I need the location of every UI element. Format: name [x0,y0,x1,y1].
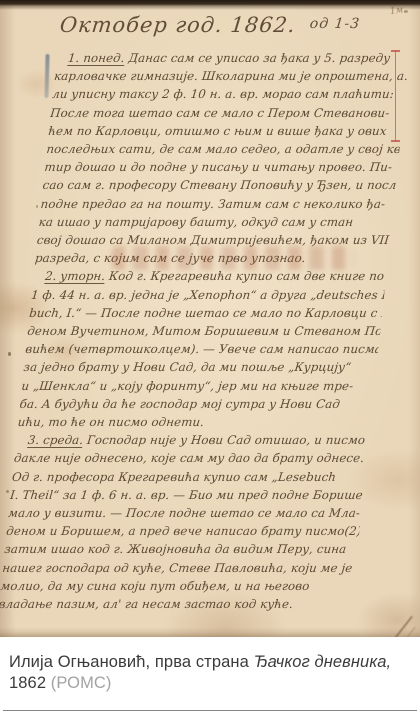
manuscript-line-text: После тога шетао сам се мало с Пером Сте… [50,106,391,120]
manuscript-line-text: владање пазим, ал' га несам застао код к… [0,597,294,611]
red-margin-mark [393,50,398,142]
manuscript-line-text: Господар није у Нови Сад отишао, и писмо [82,433,365,447]
manuscript-line-text: Од г. професора Крегаревића купио сам „L… [11,470,337,484]
paper-stain-speck [404,10,408,13]
manuscript-line: карловачке гимназије. Школарина ми је оп… [53,67,408,85]
manuscript-line-text: Данас сам се уписао за ђака у 5. разреду [124,51,391,65]
manuscript-line: 1 ф. 44 н. а. вр. једна је „Xenophon“ а … [30,286,385,304]
ink-bleed-stain [112,246,354,270]
manuscript-text: 1. понед. Данас сам се уписао за ђака у … [0,49,410,613]
manuscript-line: ићи, то ће он писмо однети. [17,413,372,431]
manuscript-line: buch, I.“ — После подне шетао се мало по… [28,304,383,322]
manuscript-line-text: последњих сати, де сам мало седео, а ода… [46,142,401,156]
ink-speck [6,490,9,493]
manuscript-line-text: мало у визити. — После подне шетао се ма… [7,506,360,520]
manuscript-line: ли уписну таксу 2 ф. 10 н. а. вр. морао … [51,85,406,103]
manuscript-line: нашег господара од куће, Стеве Павловића… [2,559,357,577]
manuscript-line: вићем (четвртошколцем). — Увече сам напи… [24,340,379,358]
manuscript-line: деном Вучетином, Митом Боришевим и Стева… [26,322,381,340]
manuscript-line-text: ба. А будући да ће господар мој сутра у … [19,397,341,411]
manuscript-line-text: нашег господара од куће, Стеве Павловића… [2,561,353,575]
manuscript-line-text: ћем по Карловци, отишмо с њим и више ђак… [48,124,388,138]
manuscript-line-text: вићем (четвртошколцем). — Увече сам напи… [25,342,380,356]
manuscript-line-text: I. Theil“ за 1 ф. 6 н. а. вр. — Био ми п… [9,488,364,502]
manuscript-title-pages: од 1-3 [309,16,361,32]
manuscript-line: и „Шенкла“ и „коју форинту“, јер ми на к… [21,377,376,395]
caption-source: (РОМС) [51,674,112,692]
ink-speck [8,352,11,356]
caption: Илија Огњановић, прва страна Ђачког днев… [0,652,420,694]
manuscript-line: ка ишао у патријарову башту, одкуд сам у… [38,213,393,231]
manuscript-line-text: за једно брату у Нови Сад, да ми пошље „… [23,360,352,374]
manuscript-line: ба. А будући да ће господар мој сутра у … [19,395,374,413]
ink-speck [36,205,38,208]
manuscript-line: молио, да му сина који пут обиђем, и на … [0,577,355,595]
manuscript-line-text: и „Шенкла“ и „коју форинту“, јер ми на к… [21,379,354,393]
manuscript-line: сао сам г. професору Стевану Поповићу у … [42,176,397,194]
manuscript-line-text: ићи, то ће он писмо однети. [17,415,205,429]
manuscript-line-text: ли уписну таксу 2 ф. 10 н. а. вр. морао … [51,87,394,101]
manuscript-line: владање пазим, ал' га несам застао код к… [0,595,353,613]
manuscript-title-text: Октобер год. 1862. [59,13,297,37]
manuscript-line-text: деном Вучетином, Митом Боришевим и Стева… [27,324,382,338]
manuscript-line-text: подне предао га на пошту. Затим сам с не… [40,197,386,211]
manuscript-line: 2. уторн. Код г. Крегаревића купио сам д… [32,267,387,285]
manuscript-line-text: деном и Боришем, а пред вече написао бра… [6,524,361,538]
manuscript-line: 1. понед. Данас сам се уписао за ђака у … [55,49,410,67]
caption-work-title: Ђачког дневника, [254,653,392,671]
manuscript-line: тир дошао и до подне у писању и читању п… [44,158,399,176]
blue-pencil-mark [44,54,49,98]
caption-author-title: Илија Огњановић, прва страна [9,653,254,671]
manuscript-line-text: buch, I.“ — После подне шетао се мало по… [29,306,384,320]
entry-date-label: 2. уторн. [44,269,106,284]
manuscript-line: за једно брату у Нови Сад, да ми пошље „… [23,358,378,376]
caption-year: 1862 [9,674,51,692]
manuscript-photo: Октобер год. 1862.од 1-3 1. понед. Данас… [0,0,420,637]
manuscript-line: После тога шетао сам се мало с Пером Сте… [49,104,404,122]
manuscript-line-text: ка ишао у патријарову башту, одкуд сам у… [38,215,354,229]
manuscript-line-text: Код г. Крегаревића купио сам две книге п… [104,269,384,283]
manuscript-line-text: карловачке гимназије. Школарина ми је оп… [53,69,408,83]
manuscript-line-text: затим ишао код г. Живојновића да видим П… [4,542,347,556]
manuscript-title: Октобер год. 1862.од 1-3 [0,13,420,37]
manuscript-line: Од г. професора Крегаревића купио сам „L… [11,468,366,486]
manuscript-line: дакле није однесено, које сам му дао да … [13,449,368,467]
manuscript-line-text: тир дошао и до подне у писању и читању п… [44,160,393,174]
manuscript-line: затим ишао код г. Живојновића да видим П… [3,540,358,558]
manuscript-line: подне предао га на пошту. Затим сам с не… [40,195,395,213]
divider-rule [3,710,417,711]
corner-pen-stroke [393,616,413,637]
manuscript-line-text: сао сам г. професору Стевану Поповићу у … [42,178,397,192]
manuscript-line-text: 1 ф. 44 н. а. вр. једна је „Xenophon“ а … [30,288,385,302]
manuscript-line-text: свој дошао са Миланом Димитријевићем, ђа… [36,233,391,247]
manuscript-line: деном и Боришем, а пред вече написао бра… [5,522,360,540]
entry-date-label: 3. среда. [27,433,84,448]
manuscript-line-text: молио, да му сина који пут обиђем, и на … [0,579,310,593]
manuscript-line: 3. среда. Господар није у Нови Сад отиша… [15,431,370,449]
manuscript-line: I. Theil“ за 1 ф. 6 н. а. вр. — Био ми п… [9,486,364,504]
manuscript-line: последњих сати, де сам мало седео, а ода… [46,140,401,158]
manuscript-line: ћем по Карловци, отишмо с њим и више ђак… [47,122,402,140]
entry-date-label: 1. понед. [67,51,125,66]
manuscript-line-text: дакле није однесено, које сам му дао да … [13,451,368,465]
manuscript-line: мало у визити. — После подне шетао се ма… [7,504,362,522]
